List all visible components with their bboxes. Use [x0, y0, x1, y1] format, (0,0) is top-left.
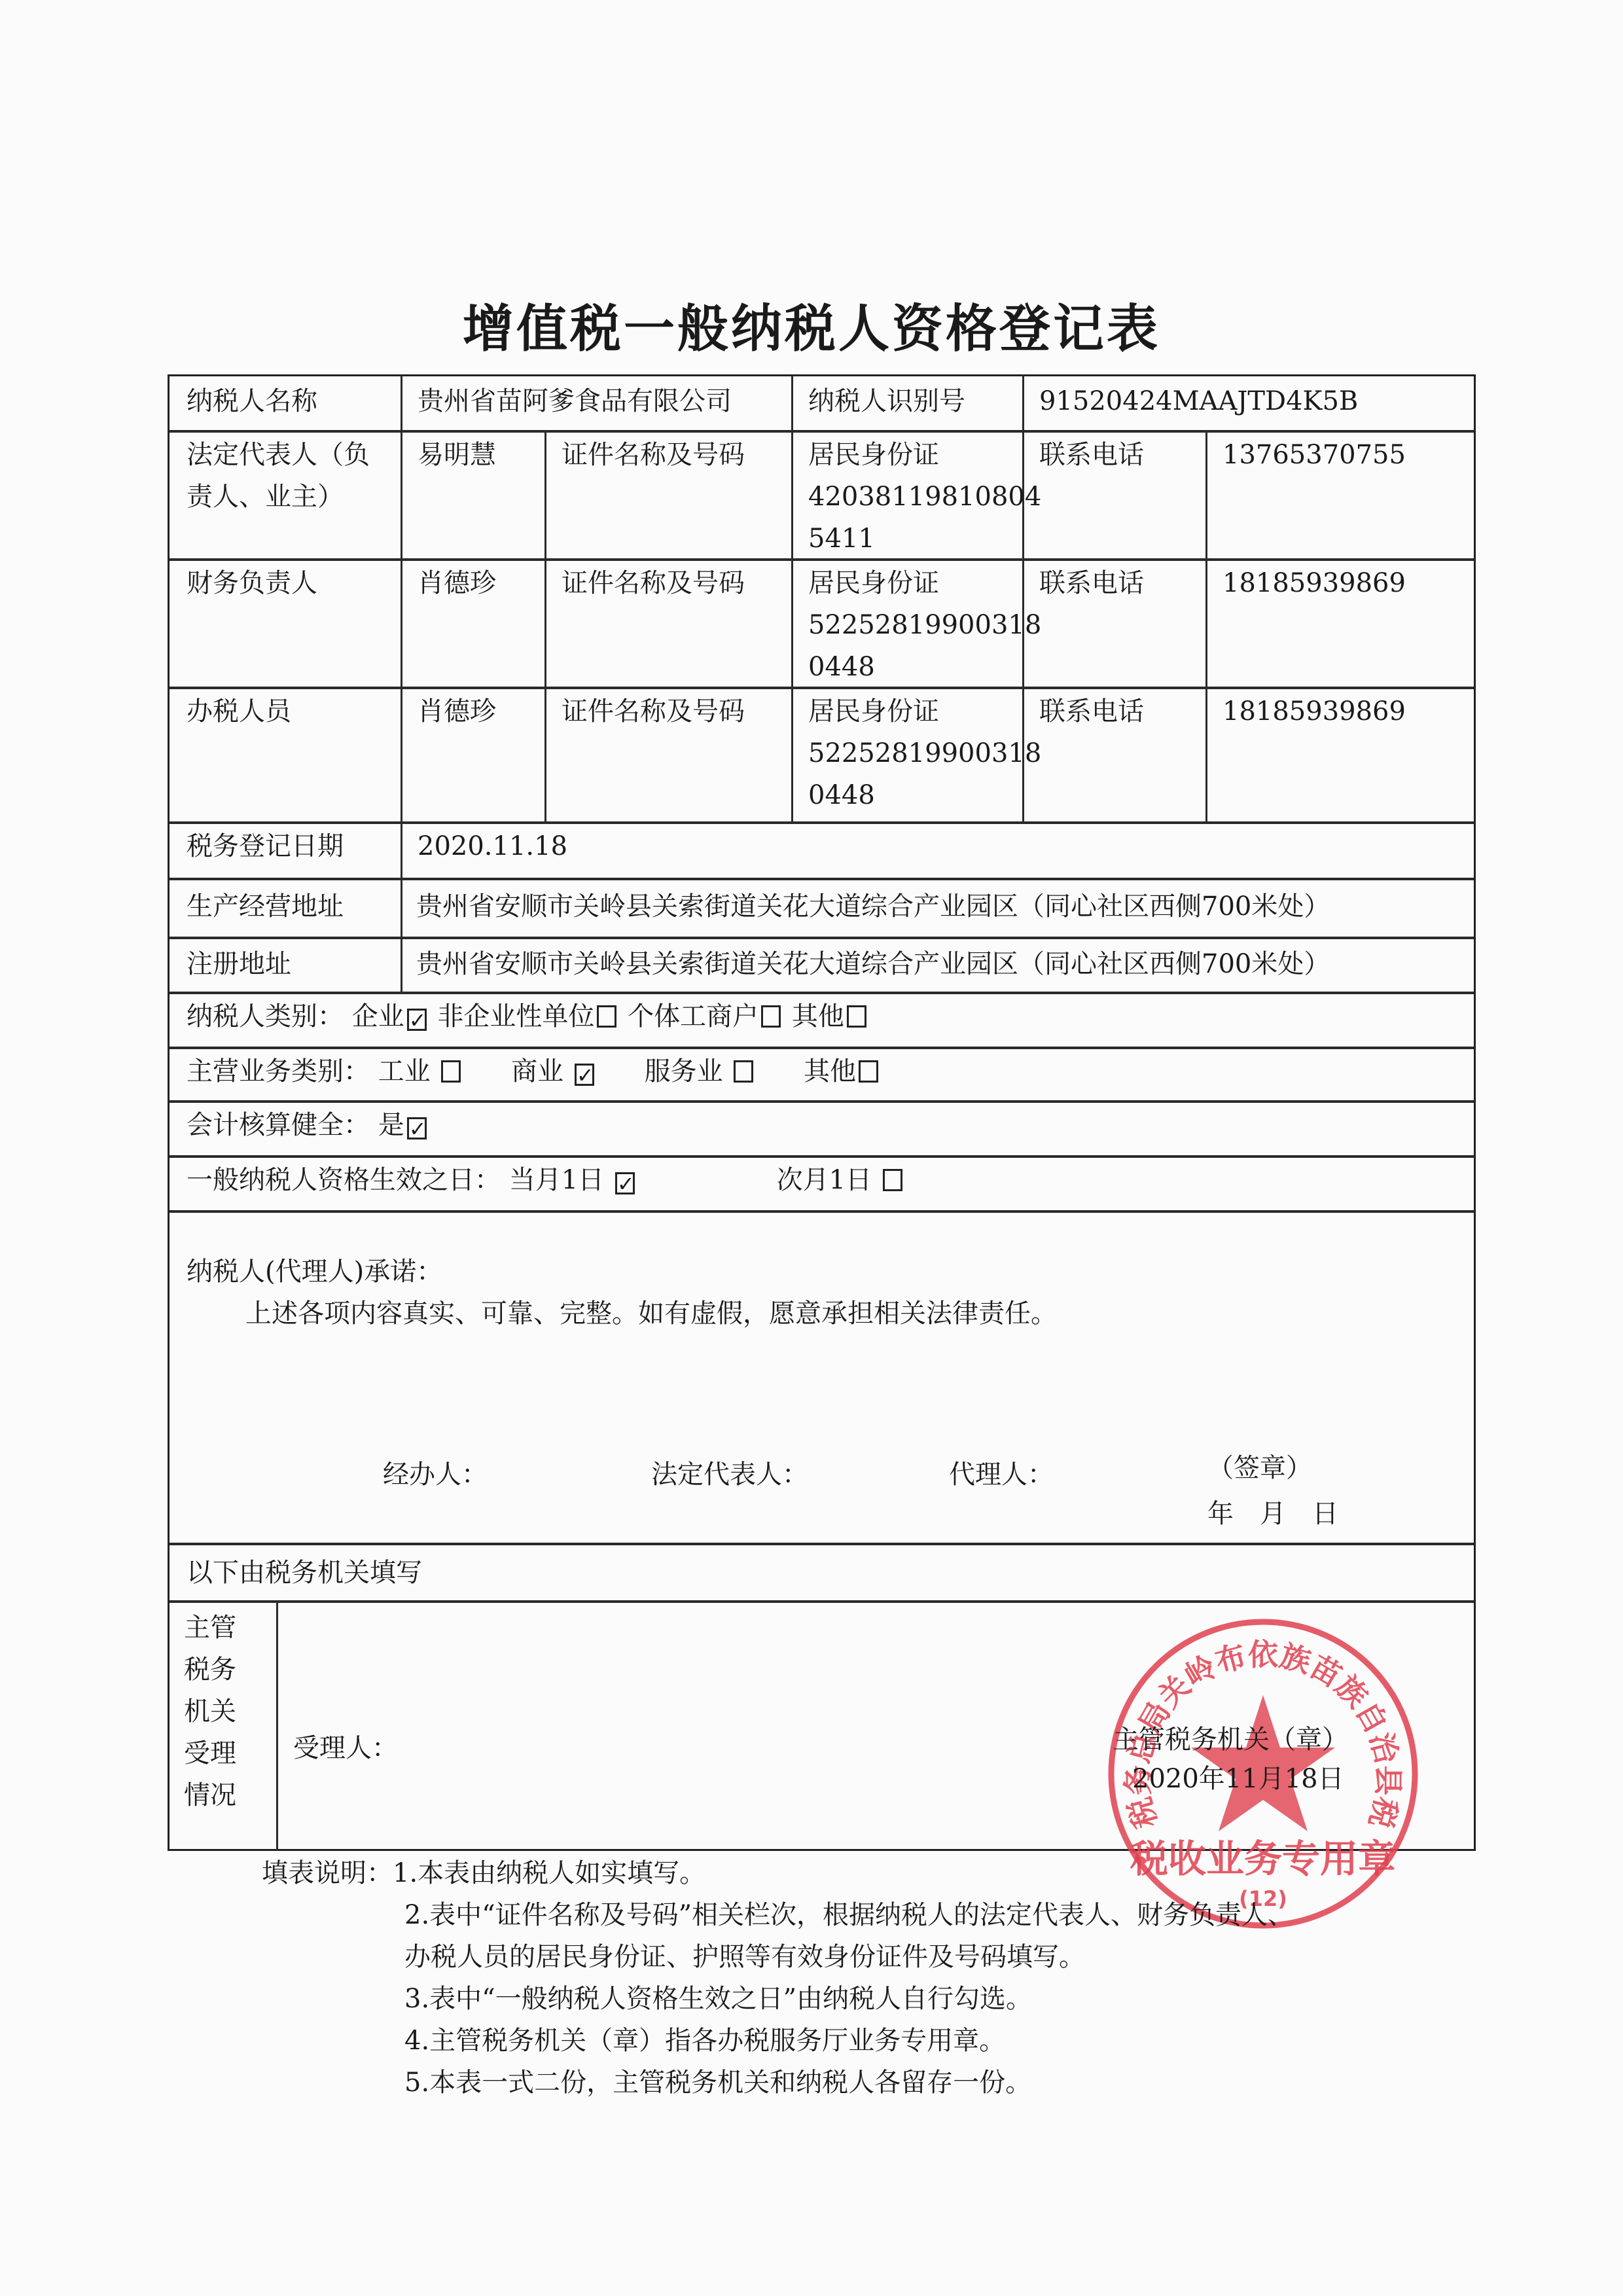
taxpayer-name-value: 贵州省苗阿爹食品有限公司: [401, 376, 791, 422]
legal-rep-signature-label[interactable]: 法定代表人：: [634, 1450, 830, 1496]
accounting-label: 会计核算健全：: [187, 1110, 370, 1140]
business-type-label: 主营业务类别：: [187, 1056, 370, 1086]
instruction-item: 2.表中“证件名称及号码”相关栏次，根据纳税人的法定代表人、财务负责人、: [262, 1894, 1294, 1936]
authority-seal-label: 主管税务机关（章）: [1113, 1721, 1348, 1758]
option-next-month[interactable]: 次月1日: [777, 1165, 905, 1195]
tax-authority-section-label: 以下由税务机关填写: [169, 1548, 1472, 1594]
cert-value: 居民身份证 52252819900318 0448: [791, 558, 1022, 688]
receiver-label[interactable]: 受理人：: [276, 1723, 538, 1769]
business-address-value: 贵州省安顺市关岭县关索街道关花大道综合产业园区（同心社区西侧700米处）: [401, 878, 1474, 927]
seal-label: （签章）: [1190, 1443, 1387, 1489]
pledge-date-placeholder: 年 月 日: [1190, 1489, 1387, 1535]
registration-date-value: 2020.11.18: [401, 821, 1474, 867]
checkbox-unchecked-icon[interactable]: [847, 1005, 866, 1028]
option-industry[interactable]: 工业: [378, 1056, 464, 1086]
checkbox-unchecked-icon[interactable]: [859, 1060, 878, 1083]
effective-date-label: 一般纳税人资格生效之日：: [187, 1165, 501, 1195]
form-title: 增值税一般纳税人资格登记表: [0, 288, 1623, 361]
role-label: 财务负责人: [169, 558, 401, 604]
phone-label: 联系电话: [1022, 687, 1205, 732]
business-address-label: 生产经营地址: [169, 878, 401, 927]
effective-date-row: 一般纳税人资格生效之日： 当月1日 ✓ 次月1日: [169, 1155, 1472, 1201]
checkbox-unchecked-icon[interactable]: [734, 1060, 753, 1083]
option-other[interactable]: 其他: [804, 1056, 881, 1086]
registered-address-value: 贵州省安顺市关岭县关索街道关花大道综合产业园区（同心社区西侧700米处）: [401, 937, 1474, 985]
business-type-row: 主营业务类别： 工业 商业 ✓ 服务业 其他: [169, 1047, 1472, 1092]
phone-value: 18185939869: [1205, 687, 1474, 732]
option-individual-business[interactable]: 个体工商户: [628, 1001, 783, 1031]
cert-value: 居民身份证 42038119810804 5411: [791, 430, 1022, 560]
phone-value: 18185939869: [1205, 558, 1474, 604]
checkbox-unchecked-icon[interactable]: [597, 1005, 616, 1028]
phone-label: 联系电话: [1022, 558, 1205, 604]
checkbox-checked-icon[interactable]: ✓: [407, 1009, 427, 1031]
person-name: 肖德珍: [401, 687, 544, 732]
checkbox-unchecked-icon[interactable]: [761, 1005, 781, 1028]
agent-signature-label[interactable]: 代理人：: [932, 1450, 1128, 1496]
taxpayer-id-value: 91520424MAAJTD4K5B: [1022, 376, 1474, 422]
role-label: 法定代表人（负 责人、业主）: [169, 430, 401, 518]
registered-address-label: 注册地址: [169, 937, 401, 985]
person-name: 肖德珍: [401, 558, 544, 604]
phone-label: 联系电话: [1022, 430, 1205, 476]
instruction-item: 5.本表一式二份，主管税务机关和纳税人各留存一份。: [262, 2062, 1294, 2104]
person-name: 易明慧: [401, 430, 544, 476]
taxpayer-type-row: 纳税人类别： 企业✓ 非企业性单位 个体工商户 其他: [169, 992, 1472, 1037]
phone-value: 13765370755: [1205, 430, 1474, 476]
cert-label: 证件名称及号码: [544, 687, 791, 732]
instruction-item: 4.主管税务机关（章）指各办税服务厅业务专用章。: [262, 2020, 1294, 2062]
taxpayer-type-label: 纳税人类别：: [187, 1001, 344, 1031]
instructions-heading: 填表说明：: [262, 1858, 393, 1888]
option-current-month[interactable]: 当月1日 ✓: [509, 1165, 637, 1195]
role-label: 办税人员: [169, 687, 401, 732]
pledge-text: 上述各项内容真实、可靠、完整。如有虚假，愿意承担相关法律责任。: [228, 1289, 1472, 1335]
authority-date: 2020年11月18日: [1132, 1761, 1344, 1797]
cert-label: 证件名称及号码: [544, 430, 791, 476]
taxpayer-name-label: 纳税人名称: [169, 376, 401, 422]
instruction-item: 1.本表由纳税人如实填写。: [393, 1858, 705, 1888]
checkbox-unchecked-icon[interactable]: [883, 1169, 902, 1191]
option-other[interactable]: 其他: [792, 1001, 869, 1031]
registration-form-table: 纳税人名称 贵州省苗阿爹食品有限公司 纳税人识别号 91520424MAAJTD…: [168, 374, 1476, 1851]
checkbox-checked-icon[interactable]: ✓: [407, 1117, 427, 1139]
checkbox-checked-icon[interactable]: ✓: [615, 1172, 635, 1194]
option-enterprise[interactable]: 企业✓: [352, 1001, 429, 1031]
taxpayer-id-label: 纳税人识别号: [791, 376, 1022, 422]
checkbox-unchecked-icon[interactable]: [441, 1060, 461, 1083]
option-commerce[interactable]: 商业 ✓: [511, 1056, 597, 1086]
option-non-enterprise[interactable]: 非企业性单位: [437, 1001, 619, 1031]
cert-label: 证件名称及号码: [544, 558, 791, 604]
accounting-row: 会计核算健全： 是✓: [169, 1100, 1472, 1146]
pledge-heading: 纳税人(代理人)承诺：: [169, 1247, 1472, 1293]
checkbox-checked-icon[interactable]: ✓: [575, 1064, 594, 1086]
option-yes[interactable]: 是✓: [378, 1110, 429, 1140]
form-instructions: 填表说明：1.本表由纳税人如实填写。 2.表中“证件名称及号码”相关栏次，根据纳…: [262, 1852, 1294, 2104]
tax-authority-side-label: 主管 税务 机关 受理 情况: [169, 1603, 276, 1816]
handler-signature-label[interactable]: 经办人：: [366, 1450, 562, 1496]
option-service[interactable]: 服务业: [645, 1056, 757, 1086]
instruction-item: 3.表中“一般纳税人资格生效之日”由纳税人自行勾选。: [262, 1978, 1294, 2020]
instruction-item: 办税人员的居民身份证、护照等有效身份证件及号码填写。: [262, 1936, 1294, 1978]
registration-date-label: 税务登记日期: [169, 821, 401, 867]
cert-value: 居民身份证 52252819900318 0448: [791, 687, 1022, 816]
